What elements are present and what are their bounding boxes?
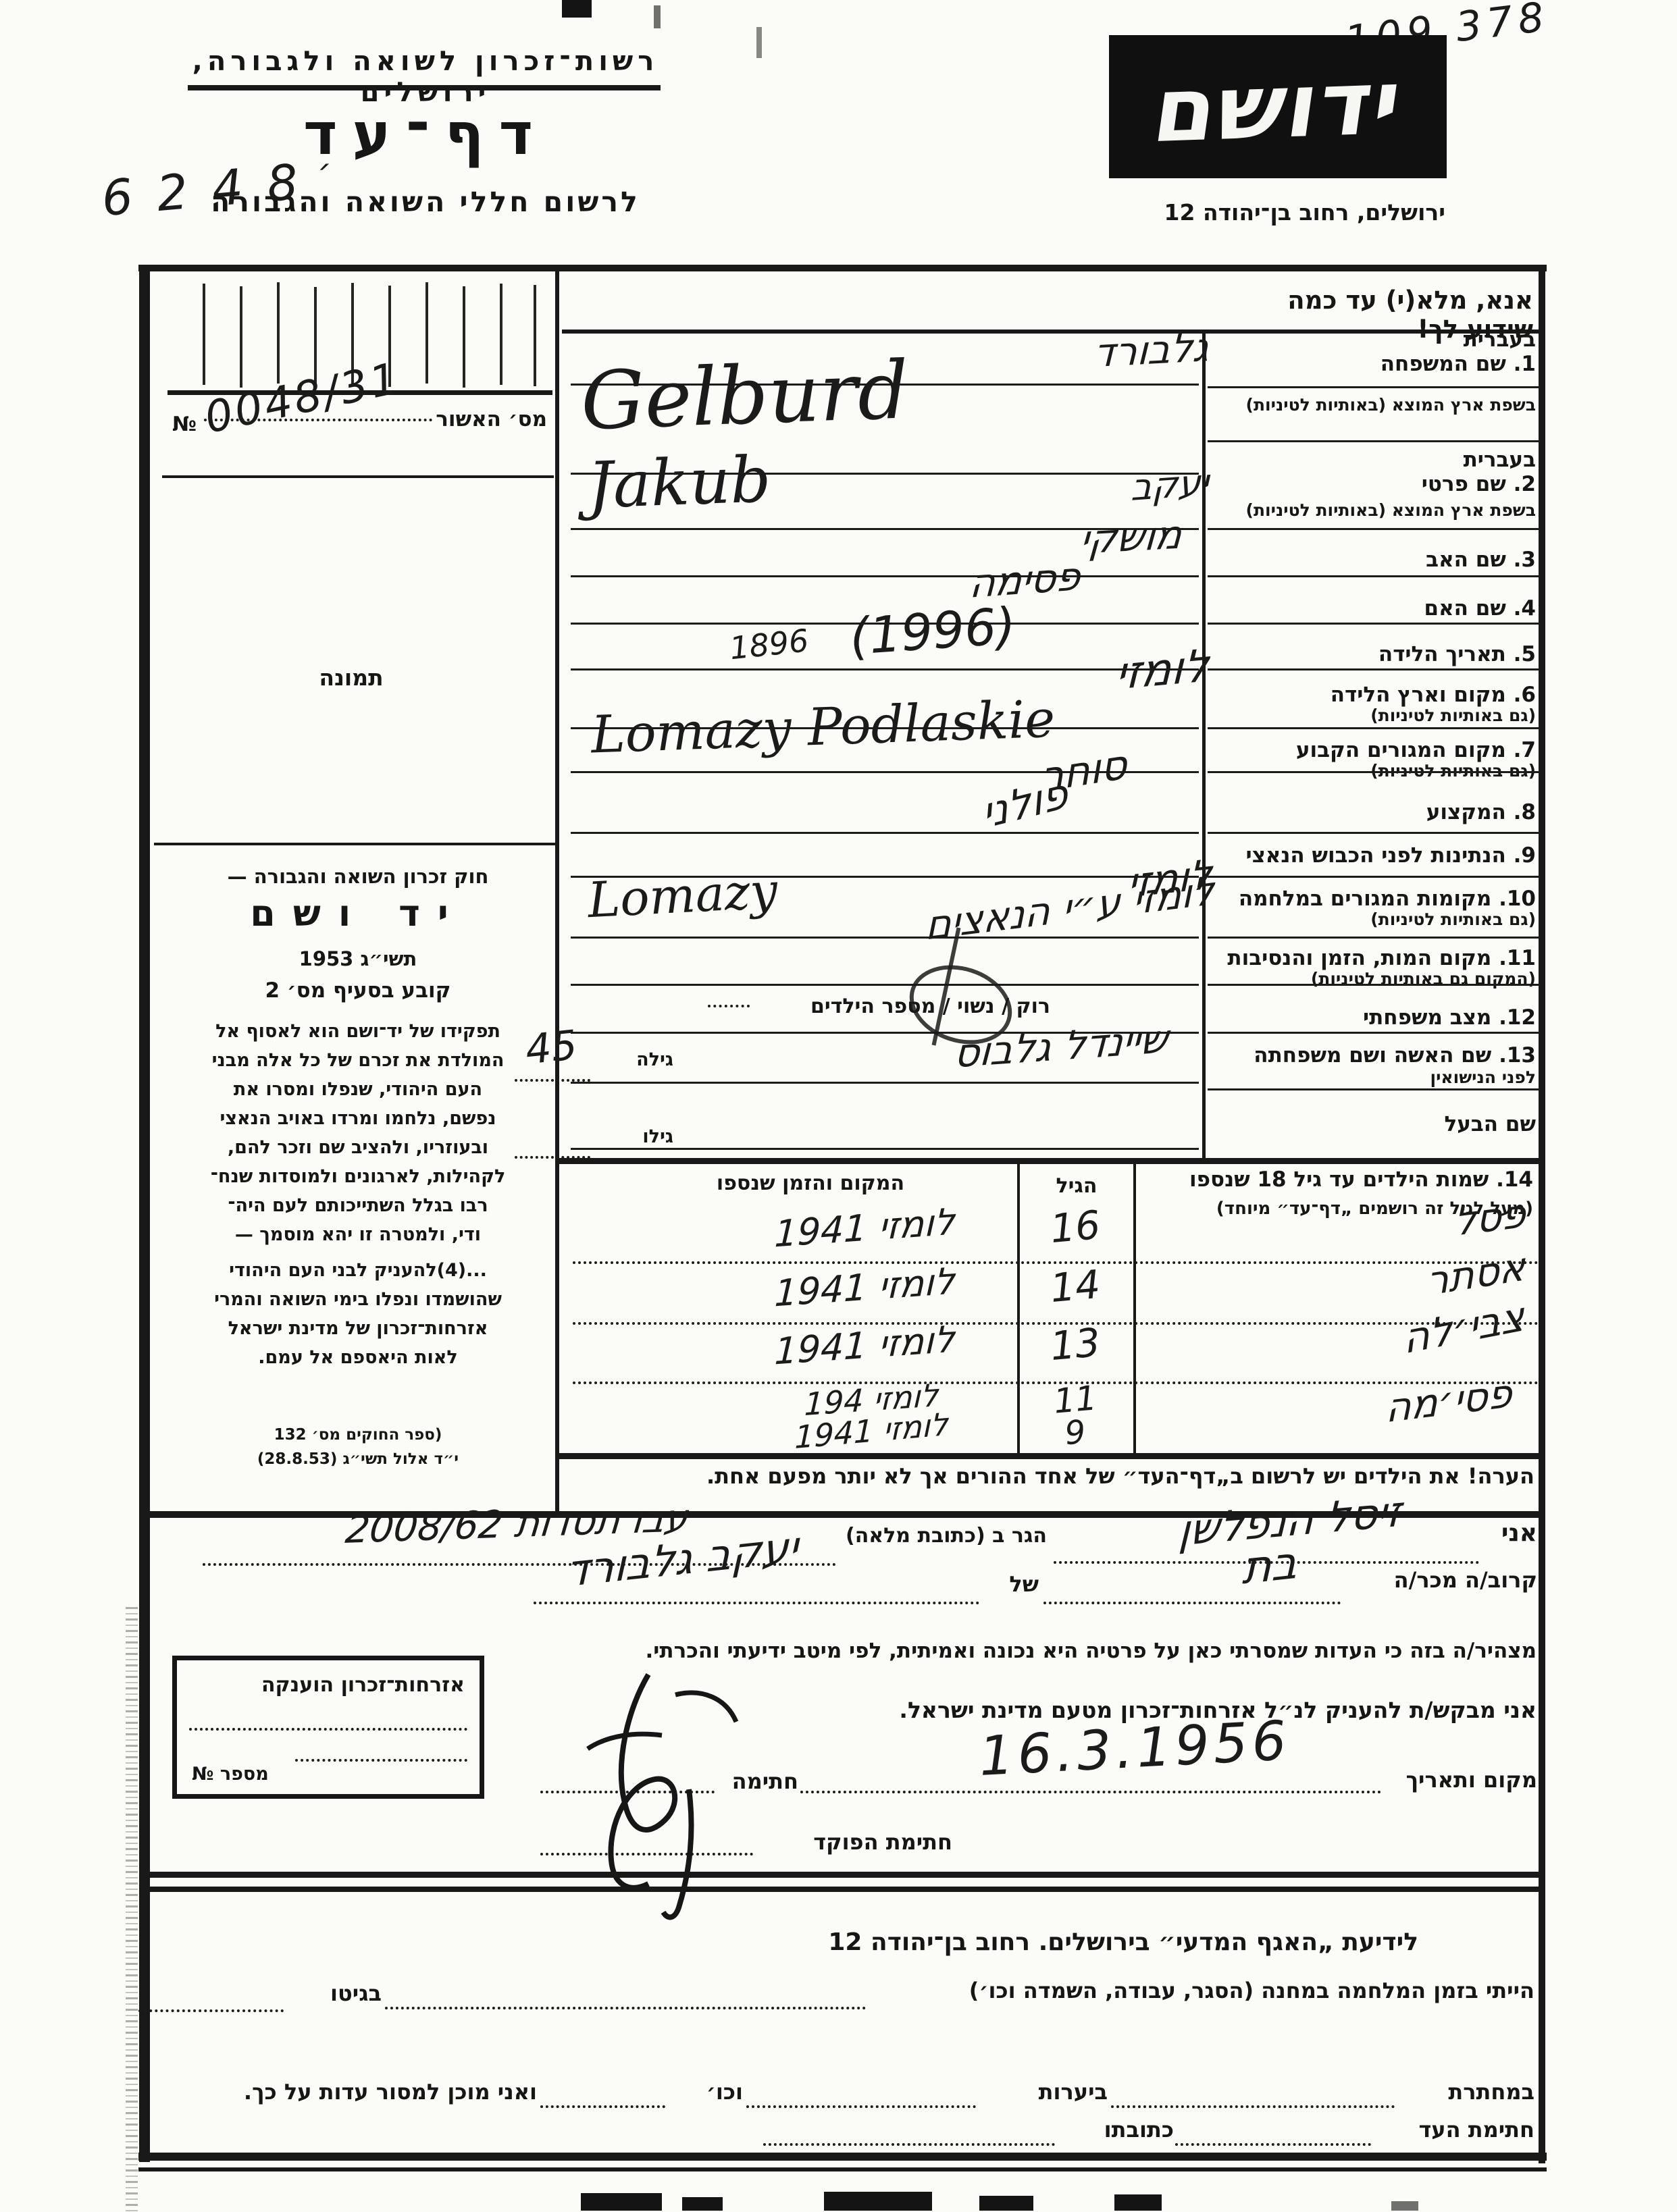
card-tick bbox=[240, 286, 242, 388]
authority-title: רשות־זכרון לשואה ולגבורה, ירושלים bbox=[182, 46, 669, 108]
scan-artifact bbox=[1114, 2194, 1162, 2211]
testify-label: ואני מוכן למסור עדות על כך. bbox=[155, 2080, 537, 2105]
field11-label: 11. מקום המות, הזמן והנסיבות bbox=[1210, 947, 1536, 971]
residence-latin-handwritten: Lomazy Podlaskie bbox=[590, 692, 1078, 760]
ghetto-label: בגיטו bbox=[287, 1981, 382, 2006]
label-separator bbox=[1208, 440, 1541, 442]
label-separator bbox=[1208, 771, 1541, 773]
field1-sublabel: בשפת ארץ המוצא (באותיות לטיניות) bbox=[1210, 396, 1536, 415]
label-separator bbox=[1208, 1032, 1541, 1034]
declaration-dotted bbox=[534, 1602, 979, 1604]
label-separator bbox=[1208, 937, 1541, 939]
stamp-box-line bbox=[189, 1728, 467, 1731]
logo-text: ידושם bbox=[1147, 51, 1409, 163]
answer-line bbox=[571, 984, 1199, 986]
label-separator bbox=[1208, 876, 1541, 878]
label-separator bbox=[1208, 1088, 1541, 1090]
scan-artifact bbox=[654, 5, 661, 28]
first-name-hebrew-handwritten: יעקב bbox=[1087, 465, 1209, 510]
scan-artifact bbox=[682, 2197, 723, 2211]
law-year: תשי״ג 1953 bbox=[169, 948, 547, 970]
memorial-citizenship-box: אזרחות־זכרון הוענקה מספר № bbox=[172, 1656, 484, 1799]
witness-address-label: כתובתו bbox=[1059, 2117, 1174, 2142]
field2-sublabel: בשפת ארץ המוצא (באותיות לטיניות) bbox=[1210, 501, 1536, 521]
label-column-divider bbox=[1202, 331, 1206, 1160]
clerk-signature-label: חתימת הפוקד bbox=[756, 1830, 952, 1855]
witness-signature bbox=[547, 1668, 763, 1924]
stamp-box-number-label: מספר № bbox=[192, 1764, 269, 1785]
label-separator bbox=[1208, 832, 1541, 834]
field3-label: 3. שם האב bbox=[1210, 548, 1536, 573]
label-separator bbox=[1208, 623, 1541, 625]
scan-artifact bbox=[756, 27, 762, 58]
ghetto-dotted bbox=[138, 2009, 284, 2012]
underground-label: במחתרת bbox=[1398, 2080, 1534, 2105]
camp-line-label: הייתי בזמן המלחמה במחנה (הסגר, עבודה, הש… bbox=[869, 1978, 1534, 2003]
card-tick bbox=[500, 284, 502, 385]
law-reference-date: י״ד אלול תשי״ג (28.8.53) bbox=[169, 1450, 547, 1468]
wife-name-handwritten: שיינדל גלבוס bbox=[803, 1019, 1170, 1084]
forests-dotted bbox=[746, 2105, 976, 2108]
law-clause: קובע בסעיף מס׳ 2 bbox=[169, 979, 547, 1003]
card-tick bbox=[534, 285, 536, 386]
scan-artifact bbox=[1391, 2201, 1418, 2211]
label-separator bbox=[1208, 575, 1541, 577]
first-name-latin-handwritten: Jakub bbox=[586, 444, 885, 518]
label-separator bbox=[1208, 727, 1541, 729]
field10-label: 10. מקומות המגורים במלחמה bbox=[1210, 887, 1536, 912]
logo-address: ירושלים, רחוב בן־יהודה 12 bbox=[1094, 200, 1445, 226]
wife-age-dotted bbox=[515, 1079, 590, 1082]
law-title: חוק זכרון השואה והגבורה — bbox=[169, 866, 547, 888]
law-text-line: נפשם, נלחמו ומרדו באויב הנאצי bbox=[167, 1108, 548, 1129]
field2-label: 2. שם פרטי bbox=[1210, 473, 1536, 497]
law-text-line: ‏...(4)להעניק לבני העם היהודי bbox=[167, 1260, 548, 1281]
header-rule bbox=[188, 85, 661, 90]
law-text-line: לאות היאספם אל עמם. bbox=[167, 1347, 548, 1368]
field1-lang-label: בעברית bbox=[1210, 328, 1536, 352]
testimony-page-scan: 109.378 רשות־זכרון לשואה ולגבורה, ירושלי… bbox=[0, 0, 1677, 2212]
children-age-column-header: הגיל bbox=[1020, 1175, 1133, 1199]
field13-label: 13. שם האשה ושם משפחתה bbox=[1210, 1044, 1536, 1068]
field11-sublabel: (המקום גם באותיות לטיניות) bbox=[1210, 970, 1536, 989]
wife-age-handwritten: 45 bbox=[523, 1022, 602, 1070]
form-border-bottom2 bbox=[138, 2167, 1547, 2171]
card-tick bbox=[203, 284, 205, 385]
scan-artifact bbox=[979, 2196, 1033, 2211]
children-col-divider-age-right bbox=[1133, 1164, 1136, 1453]
law-text-line: ודי, ולמטרה זו יהא מוסמך — bbox=[167, 1224, 548, 1245]
approval-label: מס׳ האשור bbox=[436, 408, 547, 432]
place-date-label: מקום ותאריך bbox=[1386, 1768, 1537, 1793]
bottom-heavy-rule-1 bbox=[139, 1872, 1544, 1878]
left-rule-3 bbox=[154, 843, 555, 845]
field1-label: 1. שם המשפחה bbox=[1210, 352, 1536, 377]
child-place: לומזי 1941 bbox=[716, 1259, 1014, 1317]
children-col-divider-age-left bbox=[1017, 1164, 1020, 1453]
photo-label: תמונה bbox=[284, 665, 419, 691]
husband-age-label: גילו bbox=[596, 1126, 673, 1147]
witness-address-dotted bbox=[763, 2143, 1055, 2146]
field8-label: 8. המקצוע bbox=[1210, 801, 1536, 825]
left-rule-2 bbox=[162, 475, 554, 478]
law-text-line: לקהילות, לארגונים ולמוסדות שנח־ bbox=[167, 1166, 548, 1187]
field5-label: 5. תאריך הלידה bbox=[1210, 643, 1536, 667]
underground-dotted bbox=[1111, 2105, 1395, 2108]
field7-label: 7. מקום המגורים הקבוע bbox=[1210, 739, 1536, 763]
law-text-line: רבו בגלל השתייכותם לעם היה־ bbox=[167, 1195, 548, 1216]
bottom-heavy-rule-2 bbox=[139, 1887, 1544, 1892]
field6-sublabel: (גם באותיות לטיניות) bbox=[1210, 706, 1536, 726]
field4-label: 4. שם האם bbox=[1210, 597, 1536, 621]
law-text-line: אזרחות־זכרון של מדינת ישראל bbox=[167, 1318, 548, 1339]
law-text-line: שהושמדו ונפלו בימי השואה והמרי bbox=[167, 1289, 548, 1310]
law-name: יד ושם bbox=[169, 893, 547, 934]
label-separator bbox=[1208, 984, 1541, 986]
birth-place-handwritten: לומזי bbox=[1073, 643, 1210, 700]
declaration-dotted bbox=[1043, 1602, 1341, 1604]
etc-label: וכו׳ bbox=[669, 2080, 743, 2105]
child-age: 13 bbox=[1020, 1320, 1131, 1369]
form-border-right bbox=[1539, 265, 1545, 2163]
field10-sublabel: (גם באותיות לטיניות) bbox=[1210, 910, 1536, 930]
field12-label: 12. מצב משפחתי bbox=[1210, 1006, 1536, 1030]
answer-line bbox=[571, 1148, 1199, 1150]
children-note: הערה! את הילדים יש לרשום ב„דף־העד״ של אח… bbox=[567, 1464, 1534, 1489]
field6-label: 6. מקום וארץ הלידה bbox=[1210, 683, 1536, 708]
form-border-bottom bbox=[138, 2153, 1547, 2161]
child-age: 14 bbox=[1020, 1262, 1131, 1311]
field13-sublabel: לפני הנישואין bbox=[1210, 1068, 1536, 1088]
scan-artifact bbox=[824, 2192, 932, 2211]
stamp-box-title: אזרחות־זכרון הוענקה bbox=[195, 1674, 465, 1697]
children-row-separator bbox=[573, 1261, 1539, 1264]
science-branch-notice: לידיעת „האגף המדעי״ בירושלים. רחוב בן־יה… bbox=[743, 1928, 1418, 1956]
card-tick bbox=[277, 282, 280, 384]
answer-line bbox=[571, 1082, 1199, 1084]
label-separator bbox=[1208, 386, 1541, 388]
etc-dotted bbox=[540, 2105, 665, 2108]
family-name-hebrew-handwritten: גלבורד bbox=[979, 327, 1210, 379]
declarant-i-label: אני bbox=[1483, 1519, 1537, 1547]
date-dotted bbox=[800, 1791, 1381, 1793]
label-separator bbox=[1208, 528, 1541, 530]
forests-label: ביערות bbox=[979, 2080, 1108, 2105]
law-text-line: ובעוזריו, ולהציב שם וזכר להם, bbox=[167, 1137, 548, 1158]
children-header: 14. שמות הילדים עד גיל 18 שנספו bbox=[1148, 1168, 1533, 1192]
column-divider bbox=[555, 265, 559, 1516]
law-text-line: תפקידו של יד־ושם הוא לאסוף אל bbox=[167, 1021, 548, 1042]
child-age: 16 bbox=[1020, 1203, 1131, 1251]
witness-signature-dotted bbox=[1175, 2143, 1371, 2146]
field9-label: 9. הנתינות לפני הכבוש הנאצי bbox=[1210, 844, 1536, 868]
relation-label: קרוב/ה מכר/ה bbox=[1344, 1568, 1537, 1593]
husband-label: שם הבעל bbox=[1210, 1113, 1536, 1137]
children-place-column-header: המקום והזמן שנספו bbox=[608, 1172, 1013, 1196]
declaration-statement: מצהיר/ה בזה כי העדות שמסרתי כאן על פרטיה… bbox=[493, 1639, 1537, 1664]
law-text-line: המולדת את זכרם של כל אלה מבני bbox=[167, 1050, 548, 1071]
children-table-bottom bbox=[559, 1453, 1543, 1459]
camp-dotted bbox=[385, 2007, 866, 2009]
war-residence-latin-handwritten: Lomazy bbox=[586, 861, 879, 924]
child-place: לומזי 1941 bbox=[716, 1200, 1014, 1257]
child-place: לומזי 1941 bbox=[716, 1317, 1014, 1375]
page-number-tick: ׳ bbox=[317, 154, 332, 188]
scan-artifact bbox=[562, 0, 592, 18]
field2-lang-label: בעברית bbox=[1210, 448, 1536, 473]
birth-year-handwritten: 1896 bbox=[728, 621, 852, 664]
of-label: של bbox=[985, 1572, 1039, 1597]
children-table-top bbox=[559, 1158, 1543, 1164]
marital-dotted bbox=[708, 1005, 750, 1007]
law-text-line: העם היהודי, שנפלו ומסרו את bbox=[167, 1079, 548, 1100]
law-reference: (ספר החוקים מס׳ 132 bbox=[169, 1426, 547, 1444]
form-border-top bbox=[138, 265, 1547, 271]
wife-age-label: גילה bbox=[596, 1049, 673, 1070]
witness-signature-label: חתימת העד bbox=[1374, 2117, 1534, 2142]
scan-edge-noise bbox=[126, 1607, 138, 2212]
approval-no-symbol: № bbox=[172, 413, 197, 437]
birth-year-corrected-handwritten: (1996) bbox=[848, 600, 1027, 662]
scan-artifact bbox=[581, 2193, 662, 2211]
yad-vashem-logo: ידושם bbox=[1109, 35, 1447, 178]
stamp-box-number-line bbox=[295, 1759, 467, 1762]
label-separator bbox=[1208, 668, 1541, 670]
family-name-latin-handwritten: Gelburd bbox=[579, 346, 1014, 441]
